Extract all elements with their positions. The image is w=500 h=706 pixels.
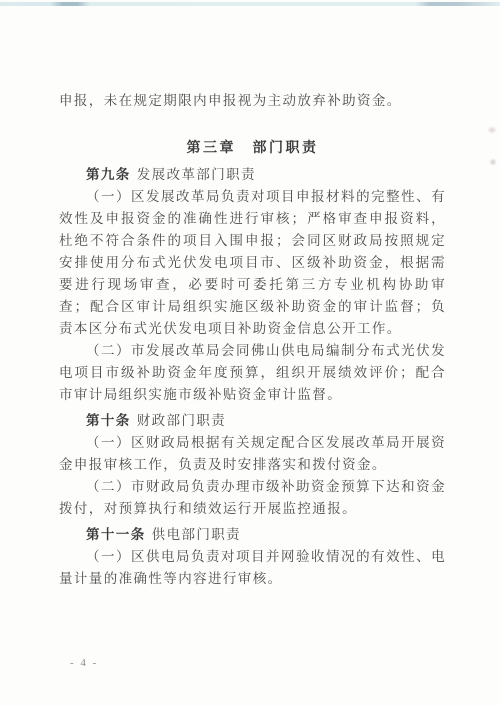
article-9-heading: 第九条发展改革部门职责 [59, 164, 446, 186]
article-10-heading: 第十条财政部门职责 [59, 410, 446, 432]
article-9-paragraph-1: （一）区发展改革局负责对项目申报材料的完整性、有效性及申报资金的准确性进行审核；… [59, 186, 446, 340]
article-10-paragraph-1: （一）区财政局根据有关规定配合区发展改革局开展资金申报审核工作，负责及时安排落实… [59, 432, 446, 476]
article-11-number: 第十一条 [86, 527, 146, 542]
article-10-number: 第十条 [86, 413, 131, 428]
article-11-title: 供电部门职责 [152, 527, 241, 542]
article-11-paragraph-1: （一）区供电局负责对项目并网验收情况的有效性、电量计量的准确性等内容进行审核。 [59, 546, 446, 590]
article-11-heading: 第十一条供电部门职责 [59, 524, 446, 546]
scan-top-edge-line [0, 2, 500, 6]
article-10-title: 财政部门职责 [137, 413, 226, 428]
continuation-paragraph: 申报，未在规定期限内申报视为主动放弃补助资金。 [59, 90, 446, 112]
article-9-paragraph-2: （二）市发展改革局会同佛山供电局编制分布式光伏发电项目市级补助资金年度预算，组织… [59, 340, 446, 406]
article-9-title: 发展改革部门职责 [137, 167, 256, 182]
chapter-heading: 第三章 部门职责 [59, 138, 446, 160]
document-body: 申报，未在规定期限内申报视为主动放弃补助资金。 第三章 部门职责 第九条发展改革… [59, 90, 446, 590]
page-number: - 4 - [70, 657, 98, 669]
article-9-number: 第九条 [86, 167, 131, 182]
document-page: 申报，未在规定期限内申报视为主动放弃补助资金。 第三章 部门职责 第九条发展改革… [0, 0, 500, 706]
article-10-paragraph-2: （二）市财政局负责办理市级补助资金预算下达和资金拨付，对预算执行和绩效运行开展监… [59, 476, 446, 520]
scan-artifact-mark [487, 126, 497, 134]
scan-artifact-mark [489, 158, 497, 166]
